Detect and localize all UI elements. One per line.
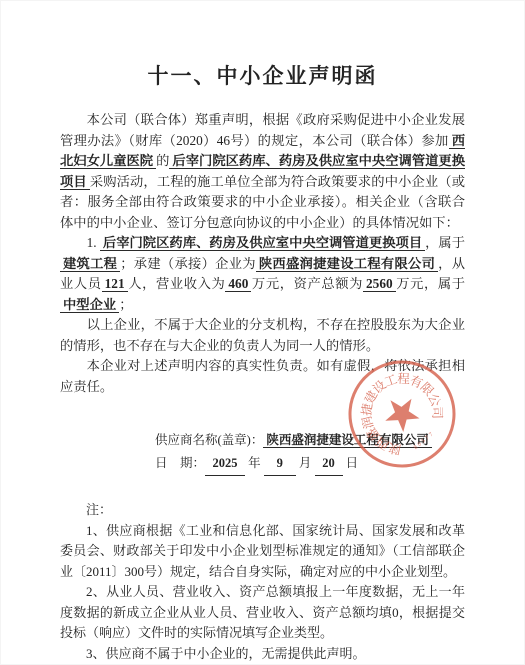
text-run: ；承建（承接）企业为 xyxy=(120,256,256,271)
text-run: 人，营业收入为 xyxy=(128,276,226,291)
date-label: 日 期： xyxy=(155,456,205,470)
paragraph: 本公司（联合体）郑重声明，根据《政府采购促进中小企业发展管理办法》（财库（202… xyxy=(60,110,465,233)
supplier-name-line: 供应商名称(盖章)：陕西盛润捷建设工程有限公司 xyxy=(155,429,525,452)
year-unit: 年 xyxy=(248,456,261,470)
date-line: 日 期：2025 年 9 月 20 日 xyxy=(155,452,525,476)
filled-value: 460 xyxy=(225,276,251,292)
text-run: ； xyxy=(119,297,132,312)
paragraph: 以上企业，不属于大企业的分支机构，不存在控股股东为大企业的情形，也不存在与大企业… xyxy=(60,315,465,356)
text-run: 以上企业，不属于大企业的分支机构，不存在控股股东为大企业的情形，也不存在与大企业… xyxy=(60,317,465,353)
supplier-name: 陕西盛润捷建设工程有限公司 xyxy=(263,433,432,448)
supplier-label: 供应商名称(盖章)： xyxy=(155,433,263,447)
text-run: 的 xyxy=(156,153,169,168)
text-run: 1. xyxy=(87,235,100,250)
filled-value: 建筑工程 xyxy=(60,256,120,272)
text-run: 万元，资产总额为 xyxy=(251,276,363,291)
notes-heading: 注： xyxy=(60,500,465,521)
document-body: 本公司（联合体）郑重声明，根据《政府采购促进中小企业发展管理办法》（财库（202… xyxy=(60,110,465,397)
text-run: ，属于 xyxy=(425,235,465,250)
seal-company-char: 润 xyxy=(360,415,377,431)
filled-value: 陕西盛润捷建设工程有限公司 xyxy=(256,256,438,272)
month-unit: 月 xyxy=(299,456,312,470)
text-run: 本企业对上述声明内容的真实性负责。如有虚假，将依法承担相应责任。 xyxy=(60,358,465,394)
date-year: 2025 xyxy=(205,452,245,476)
filled-value: 121 xyxy=(102,276,128,292)
signature-block: 供应商名称(盖章)：陕西盛润捷建设工程有限公司 日 期：2025 年 9 月 2… xyxy=(155,429,525,476)
filled-value: 后宰门院区药库、药房及供应室中央空调管道更换项目 xyxy=(100,235,425,251)
filled-value: 中型企业 xyxy=(60,297,119,313)
seal-company-char: 司 xyxy=(430,406,444,419)
filled-value: 2560 xyxy=(363,276,396,292)
document-page: 十一、中小企业声明函 本公司（联合体）郑重声明，根据《政府采购促进中小企业发展管… xyxy=(0,0,525,665)
note-item: 3、供应商不属于中小企业的，无需提供此声明。 xyxy=(60,644,465,665)
document-title: 十一、中小企业声明函 xyxy=(0,0,525,90)
date-month: 9 xyxy=(264,452,296,476)
text-run: 万元，属于 xyxy=(396,276,465,291)
seal-company-char: 捷 xyxy=(359,402,376,417)
date-day: 20 xyxy=(315,452,343,476)
notes-section: 注： 1、供应商根据《工业和信息化部、国家统计局、国家发展和改革委员会、财政部关… xyxy=(60,500,465,664)
text-run: 本公司（联合体）郑重声明，根据《政府采购促进中小企业发展管理办法》（财库（202… xyxy=(60,112,465,148)
text-run: 采购活动，工程的施工单位全部为符合政策要求的中小企业（或者：服务全部由符合政策要… xyxy=(60,174,465,230)
day-unit: 日 xyxy=(346,456,359,470)
note-item: 2、从业人员、营业收入、资产总额填报上一年度数据，无上一年度数据的新成立企业从业… xyxy=(60,582,465,644)
paragraph: 本企业对上述声明内容的真实性负责。如有虚假，将依法承担相应责任。 xyxy=(60,356,465,397)
note-item: 1、供应商根据《工业和信息化部、国家统计局、国家发展和改革委员会、财政部关于印发… xyxy=(60,521,465,583)
paragraph: 1. 后宰门院区药库、药房及供应室中央空调管道更换项目，属于建筑工程；承建（承接… xyxy=(60,233,465,315)
